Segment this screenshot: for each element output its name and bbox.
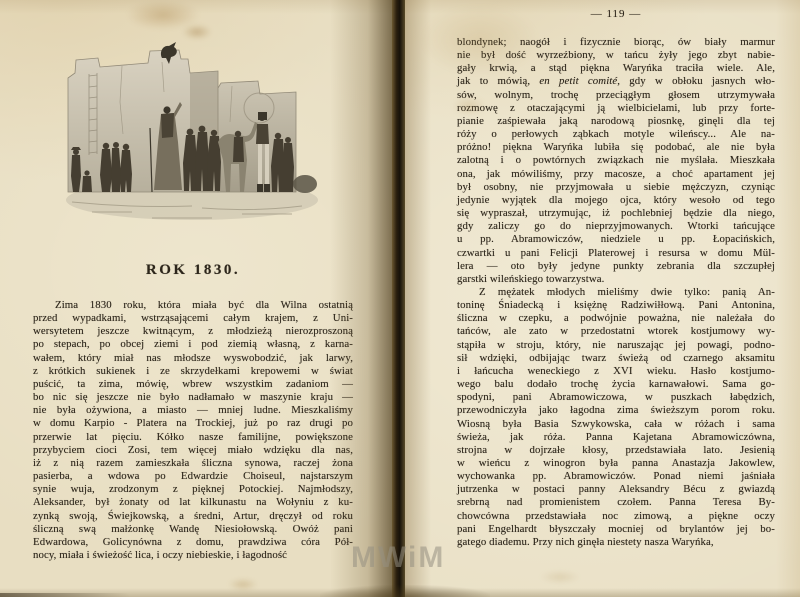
right-paragraph-1: blondynek; naogół i fizycznie biorąc, ów… — [457, 36, 775, 286]
foxing-spot — [420, 4, 540, 76]
engraving-illustration — [62, 42, 322, 234]
gutter-bottom-shadow — [320, 585, 490, 597]
watermark: MWiM — [351, 541, 445, 575]
foxing-spot — [540, 570, 580, 584]
right-page: — 119 — blondynek; naogół i fizycznie bi… — [397, 0, 800, 597]
right-edge-tint — [776, 0, 800, 597]
right-text-column: blondynek; naogół i fizycznie biorąc, ów… — [457, 36, 775, 549]
book-spread: ROK 1830. Zima 1830 roku, która miała by… — [0, 0, 800, 597]
left-paragraph: Zima 1830 roku, która miała być dla Wiln… — [33, 299, 353, 562]
foxing-spot — [182, 24, 212, 40]
gutter-shadow-right — [405, 0, 431, 597]
foxing-spot — [452, 96, 486, 116]
gutter-shadow-left — [330, 0, 393, 597]
right-paragraph-2: Z mężatek młodych mieliśmy dwie tylko: p… — [457, 286, 775, 549]
mound — [293, 175, 317, 193]
bottom-left-edge-shadow — [0, 593, 130, 597]
gutter-fold-line — [392, 0, 405, 597]
chapter-heading: ROK 1830. — [33, 262, 353, 279]
